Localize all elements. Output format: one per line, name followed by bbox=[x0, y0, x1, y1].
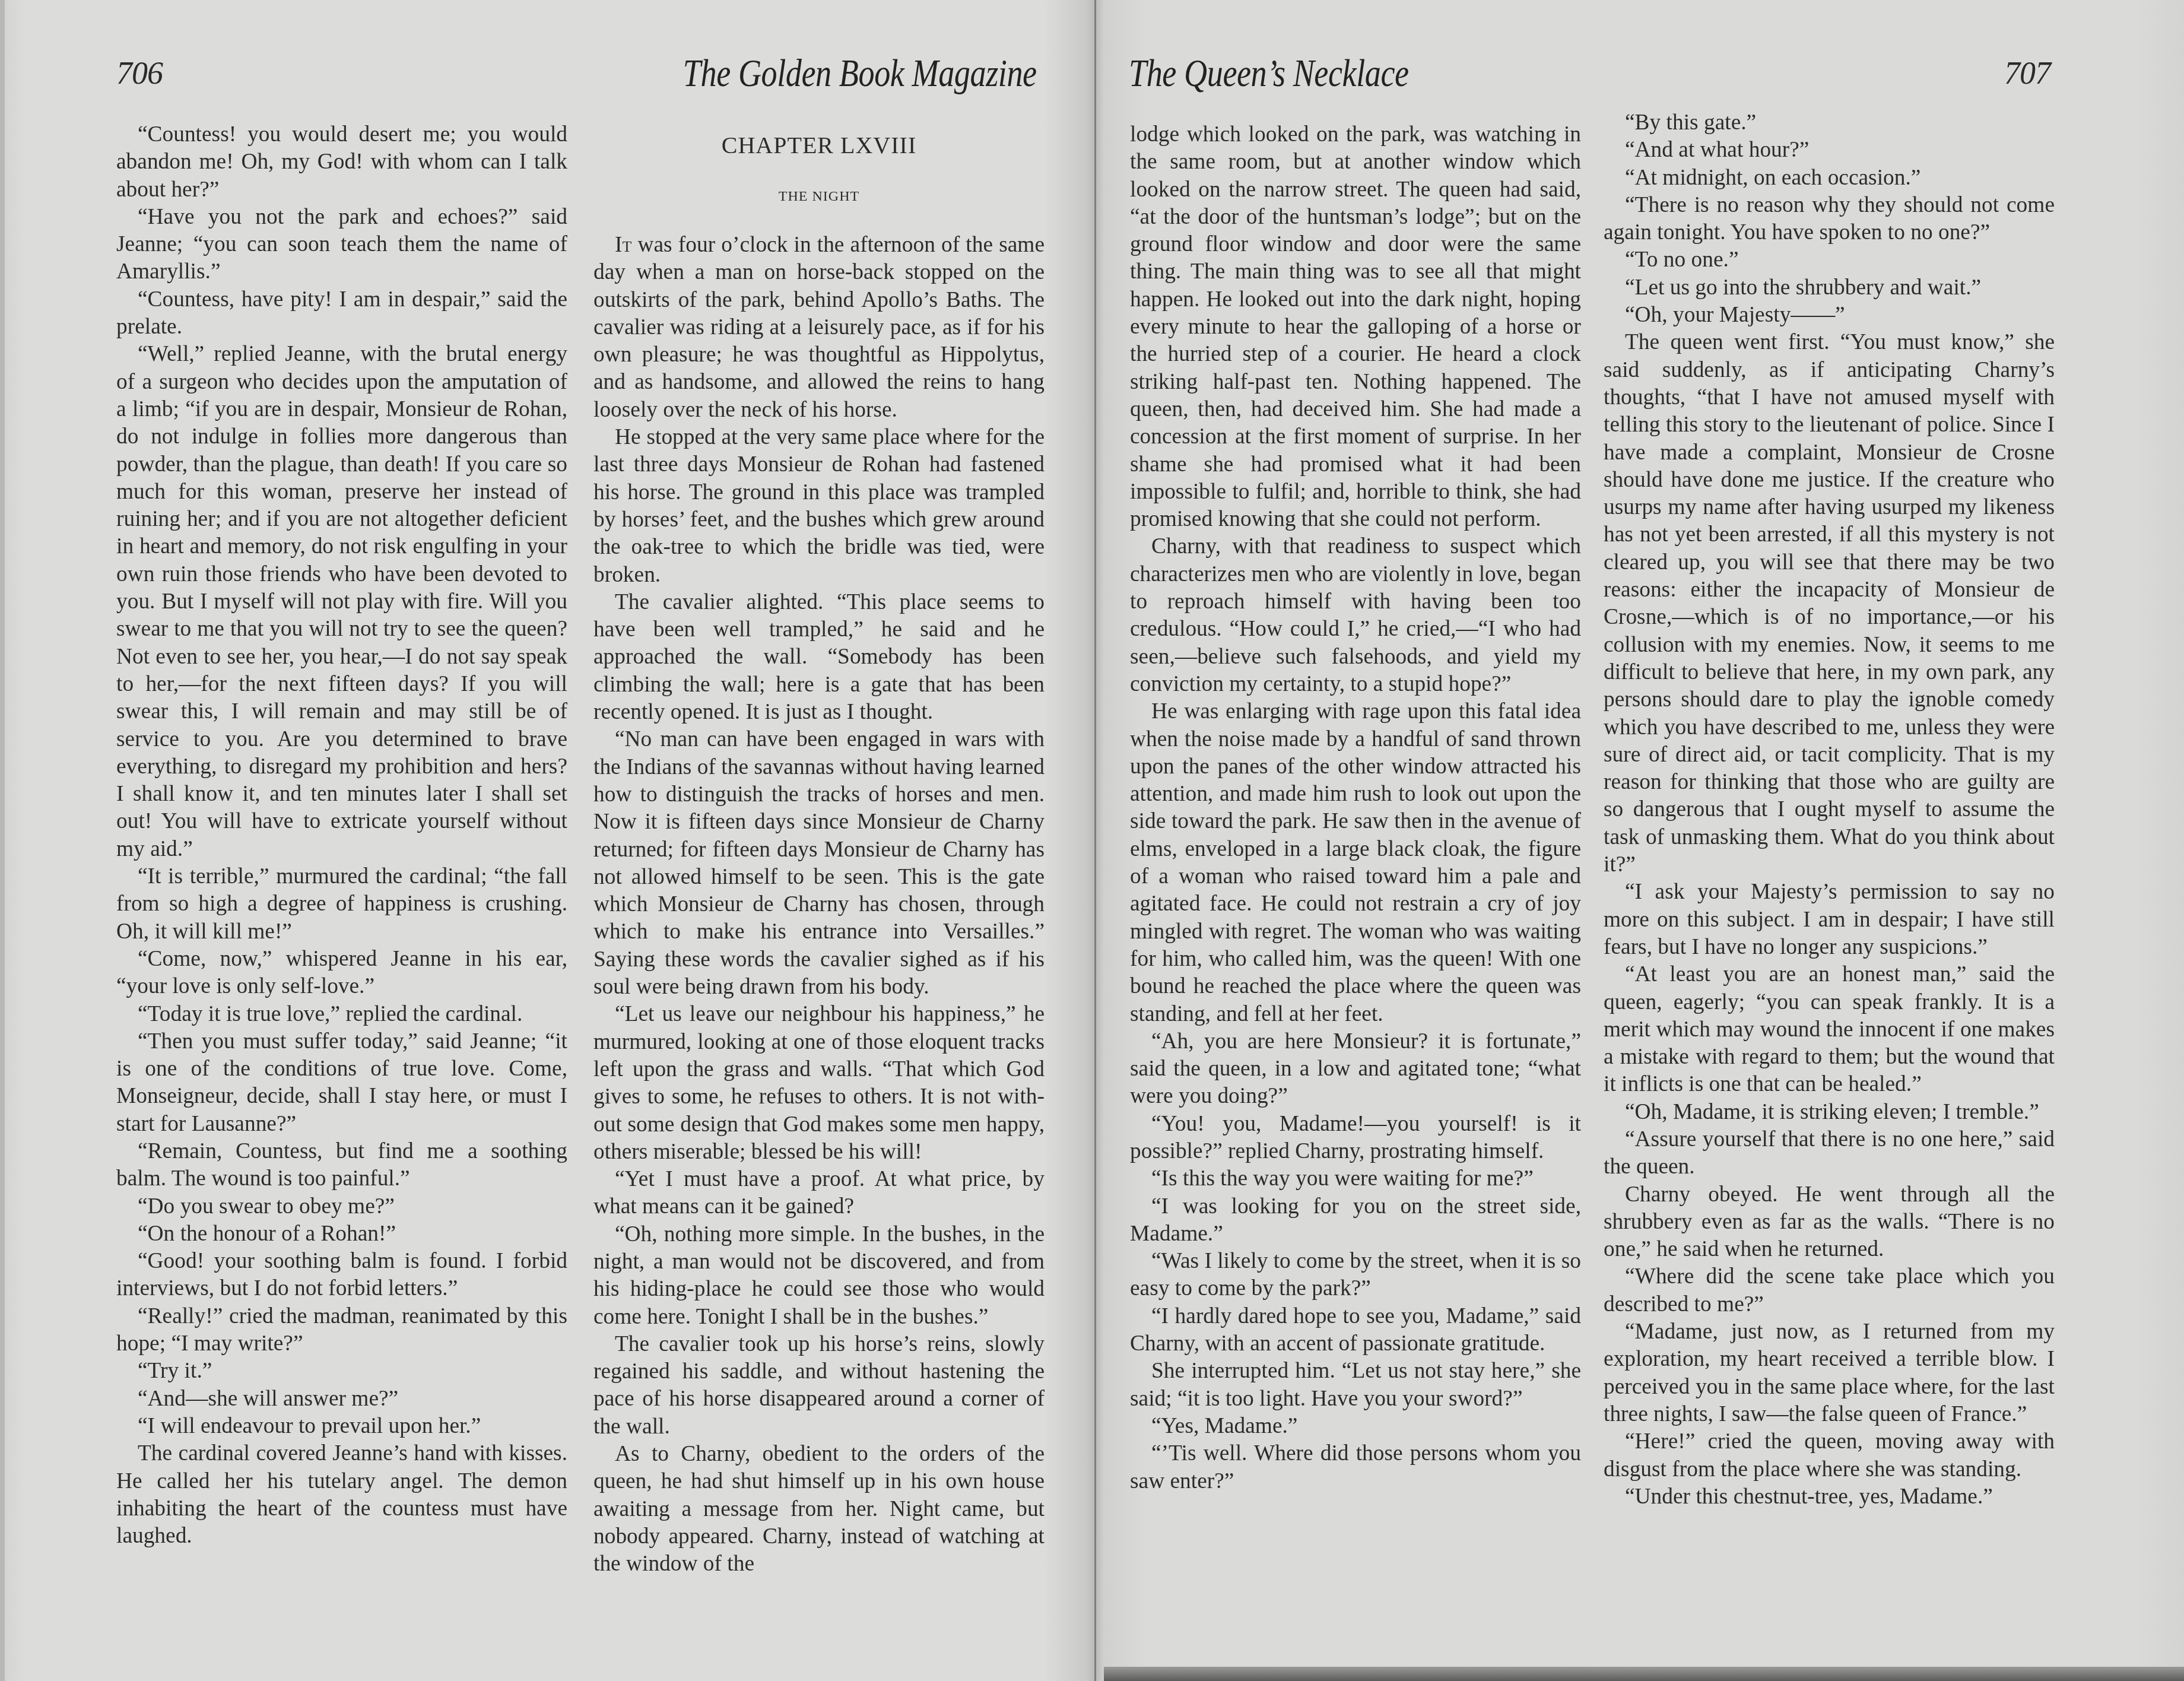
paragraph: “Is this the way you were waiting for me… bbox=[1130, 1165, 1581, 1192]
paragraph: The cavalier alighted. “This place seems… bbox=[593, 589, 1045, 726]
paragraph: “I hardly dared hope to see you, Madame,… bbox=[1130, 1303, 1581, 1358]
paragraph: “Was I likely to come by the street, whe… bbox=[1130, 1248, 1581, 1303]
paragraph: “Oh, Madame, it is striking eleven; I tr… bbox=[1604, 1099, 2055, 1126]
paragraph: “Countess, have pity! I am in despair,” … bbox=[116, 286, 567, 341]
right-page: The Queen’s Necklace 707 lodge which loo… bbox=[1096, 0, 2184, 1681]
paragraph: “Remain, Countess, but find me a sooth­i… bbox=[116, 1138, 567, 1193]
paragraph: The cavalier took up his horse’s reins, … bbox=[593, 1331, 1045, 1441]
paragraph: The cardinal covered Jeanne’s hand with … bbox=[116, 1440, 567, 1550]
column-2: CHAPTER LXVIII THE NIGHT It was four o’c… bbox=[593, 118, 1045, 1578]
paragraph: “And—she will answer me?” bbox=[116, 1385, 567, 1413]
paragraph: “Under this chestnut-tree, yes, Ma­dame.… bbox=[1604, 1483, 2055, 1511]
column-4: “By this gate.” “And at what hour?” “At … bbox=[1604, 109, 2055, 1511]
paragraph: The queen went first. “You must know,” s… bbox=[1604, 329, 2055, 878]
paragraph: “Let us go into the shrubbery and wait.” bbox=[1604, 274, 2055, 302]
paragraph: “Ah, you are here Monsieur? it is fortu­… bbox=[1130, 1028, 1581, 1111]
paragraph-body: was four o’clock in the afternoon of the… bbox=[593, 233, 1045, 422]
paragraph: It was four o’clock in the afternoon of … bbox=[593, 231, 1045, 424]
column-1: “Countess! you would desert me; you woul… bbox=[116, 121, 567, 1550]
paragraph: “Today it is true love,” replied the car… bbox=[116, 1001, 567, 1028]
paragraph: lodge which looked on the park, was watc… bbox=[1130, 121, 1581, 533]
paragraph: “And at what hour?” bbox=[1604, 137, 2055, 164]
paragraph: “There is no reason why they should not … bbox=[1604, 192, 2055, 247]
paragraph: Charny obeyed. He went through all the s… bbox=[1604, 1181, 2055, 1264]
paragraph: “By this gate.” bbox=[1604, 109, 2055, 137]
paragraph: “Really!” cried the madman, reani­mated … bbox=[116, 1303, 567, 1358]
paragraph: “Here!” cried the queen, moving away wit… bbox=[1604, 1428, 2055, 1483]
running-head-left: The Golden Book Magazine bbox=[683, 51, 1037, 96]
paragraph: “At midnight, on each occasion.” bbox=[1604, 164, 2055, 192]
paragraph: “I ask your Majesty’s permission to say … bbox=[1604, 878, 2055, 961]
paragraph: “I will endeavour to prevail upon her.” bbox=[116, 1413, 567, 1440]
page-number-left: 706 bbox=[116, 55, 163, 91]
running-head-right: The Queen’s Necklace bbox=[1129, 51, 1409, 96]
paragraph: “Countess! you would desert me; you woul… bbox=[116, 121, 567, 204]
paragraph: As to Charny, obedient to the orders of … bbox=[593, 1441, 1045, 1578]
paragraph: Charny, with that readiness to suspect w… bbox=[1130, 533, 1581, 698]
paragraph: “Good! your soothing balm is found. I fo… bbox=[116, 1248, 567, 1303]
paragraph: “Try it.” bbox=[116, 1358, 567, 1385]
paragraph: “No man can have been engaged in wars wi… bbox=[593, 726, 1045, 1001]
paragraph: “Assure yourself that there is no one he… bbox=[1604, 1126, 2055, 1181]
paragraph: “I was looking for you on the street sid… bbox=[1130, 1193, 1581, 1248]
paragraph: He stopped at the very same place where … bbox=[593, 424, 1045, 589]
paragraph: “Oh, your Majesty——” bbox=[1604, 302, 2055, 329]
paragraph: “Let us leave our neighbour his hap­pine… bbox=[593, 1001, 1045, 1166]
lead-word: It bbox=[615, 233, 631, 257]
paragraph: “Where did the scene take place which yo… bbox=[1604, 1263, 2055, 1318]
magazine-spread: 706 The Golden Book Magazine “Countess! … bbox=[0, 0, 2184, 1681]
paragraph: “Then you must suffer today,” said Jeann… bbox=[116, 1028, 567, 1138]
paragraph: “Do you swear to obey me?” bbox=[116, 1193, 567, 1220]
paragraph: “Oh, nothing more simple. In the bushes,… bbox=[593, 1221, 1045, 1331]
paragraph: She interrupted him. “Let us not stay he… bbox=[1130, 1358, 1581, 1413]
paragraph: “At least you are an honest man,” said t… bbox=[1604, 961, 2055, 1098]
paragraph: “On the honour of a Rohan!” bbox=[116, 1220, 567, 1248]
paragraph: “You! you, Madame!—you yourself! is it p… bbox=[1130, 1111, 1581, 1166]
chapter-title: CHAPTER LXVIII bbox=[593, 131, 1045, 160]
paragraph: “’Tis well. Where did those persons whom… bbox=[1130, 1440, 1581, 1495]
column-3: lodge which looked on the park, was watc… bbox=[1130, 121, 1581, 1495]
chapter-subtitle: THE NIGHT bbox=[593, 188, 1045, 205]
paragraph: He was enlarging with rage upon this fat… bbox=[1130, 698, 1581, 1028]
paragraph: “Well,” replied Jeanne, with the brutal … bbox=[116, 341, 567, 863]
paragraph: “Come, now,” whispered Jeanne in his ear… bbox=[116, 946, 567, 1001]
left-page: 706 The Golden Book Magazine “Countess! … bbox=[0, 0, 1095, 1681]
paragraph: “Have you not the park and echoes?” said… bbox=[116, 204, 567, 286]
page-number-right: 707 bbox=[2004, 55, 2050, 91]
paragraph: “Madame, just now, as I returned from my… bbox=[1604, 1318, 2055, 1428]
paragraph: “Yet I must have a proof. At what price,… bbox=[593, 1166, 1045, 1221]
paragraph: “It is terrible,” murmured the cardinal;… bbox=[116, 863, 567, 946]
paragraph: “To no one.” bbox=[1604, 246, 2055, 274]
paragraph: “Yes, Madame.” bbox=[1130, 1413, 1581, 1440]
